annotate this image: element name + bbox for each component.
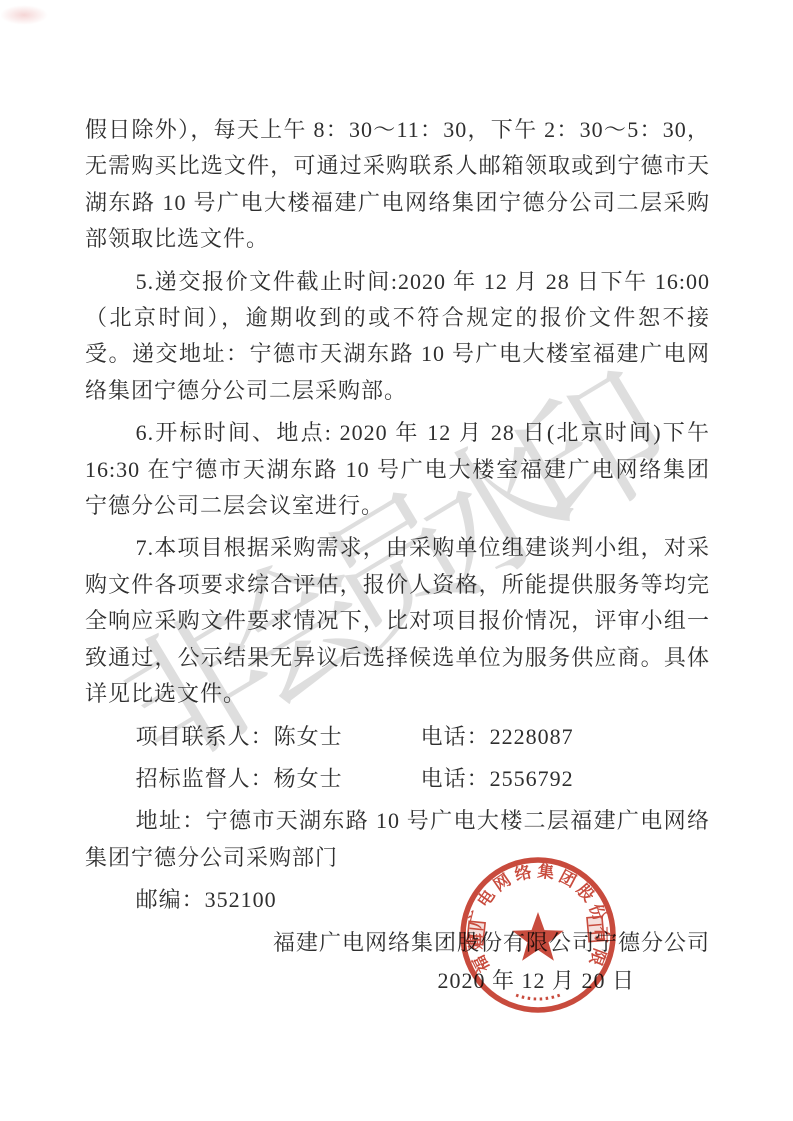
paragraph-item-5: 5.递交报价文件截止时间:2020 年 12 月 28 日下午 16:00（北京… (85, 264, 710, 410)
supervisor-phone-number: 2556792 (490, 766, 574, 791)
supervisor-contact-label: 招标监督人： (136, 766, 274, 791)
project-phone-label: 电话： (421, 724, 490, 749)
seal-bottom-serial-marks (516, 995, 560, 999)
supervisor-phone-label: 电话： (421, 766, 490, 791)
contact-row-project: 项目联系人：陈女士电话：2228087 (85, 719, 710, 755)
paragraph-item-7: 7.本项目根据采购需求，由采购单位组建谈判小组，对采购文件各项要求综合评估，报价… (85, 530, 710, 712)
contact-row-supervisor: 招标监督人：杨女士电话：2556792 (85, 761, 710, 797)
seal-inner-mark-right (587, 916, 604, 941)
scan-smudge (0, 5, 48, 25)
document-page: 非会员水印 假日除外），每天上午 8：30～11：30，下午 2：30～5：30… (0, 0, 793, 1121)
project-contact-name: 陈女士 (274, 724, 343, 749)
paragraph-item-6: 6.开标时间、地点: 2020 年 12 月 28 日(北京时间)下午 16:3… (85, 415, 710, 524)
project-contact-label: 项目联系人： (136, 724, 274, 749)
seal-inner-mark-left (467, 921, 485, 945)
paragraph-notice-continuation: 假日除外），每天上午 8：30～11：30，下午 2：30～5：30，无需购买比… (85, 112, 710, 258)
official-seal: 福建广电网络集团股份有限公司 (438, 835, 638, 1035)
supervisor-contact-name: 杨女士 (274, 766, 343, 791)
project-phone-number: 2228087 (490, 724, 574, 749)
seal-star-icon (512, 912, 563, 961)
